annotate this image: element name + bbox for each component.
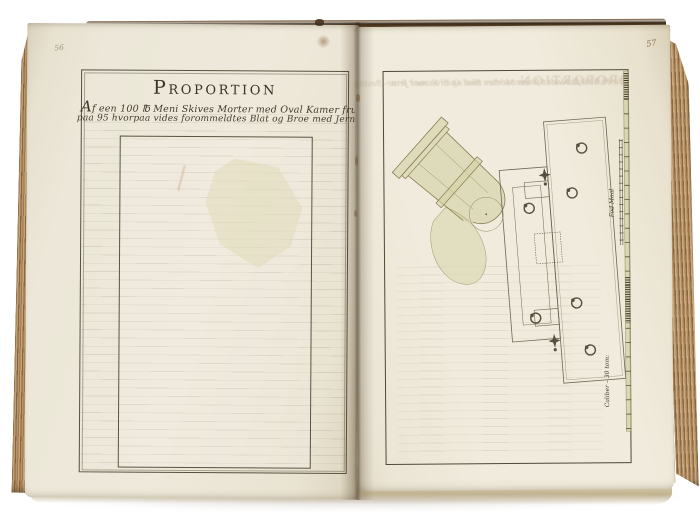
fod-scale-bar: Fod Maal (608, 139, 623, 245)
lifting-ring (585, 345, 596, 356)
lifting-ring (524, 203, 535, 214)
book-photo: 56 Proportion Af een 100 ℔ Meni Skives M… (0, 0, 700, 519)
lifting-ring (571, 298, 582, 309)
mortar-technical-drawing: Fod Maal Caliber – 30 tom: (354, 25, 674, 491)
lifting-ring (576, 143, 587, 154)
left-page: 56 Proportion Af een 100 ℔ Meni Skives M… (25, 23, 360, 499)
lifting-ring (566, 188, 577, 199)
mortar-side-view (365, 117, 543, 293)
brown-stain (316, 35, 331, 48)
left-page-number: 56 (54, 43, 64, 53)
mortar-plan-view (496, 117, 626, 387)
gutter-stain (355, 156, 358, 166)
fod-scale-label: Fod Maal (608, 189, 615, 219)
lifting-ring (530, 313, 541, 324)
ornamental-eyebolt (548, 333, 561, 351)
right-page: 57 Proportion Af een 100 ℔ Meni Skives M… (354, 25, 674, 491)
caliber-scale-label: Caliber – 30 tom: (604, 355, 611, 407)
gutter-stain (354, 210, 357, 217)
cover-stain (315, 19, 324, 26)
ornamental-eyebolt (538, 168, 551, 186)
page-title: Proportion (81, 76, 349, 100)
gutter-stain (356, 94, 360, 102)
proportions-table: Morterens Kaster een Bombe af Vægt 100 ℔… (118, 136, 313, 469)
subtitle-line-2: paa 95 hvorpaa vides forommeldtes Blat o… (77, 113, 345, 125)
